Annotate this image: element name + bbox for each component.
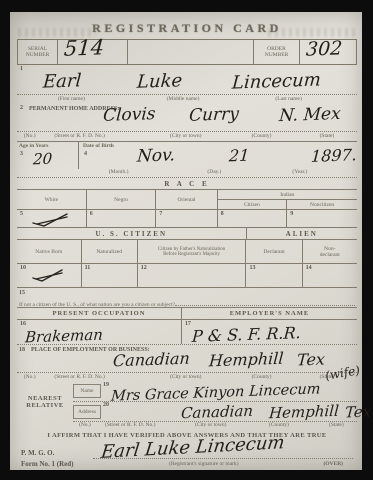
relative-address-city: Canadian	[180, 404, 253, 422]
name-middle: Luke	[136, 72, 182, 92]
citizenship-number-14: 14	[306, 265, 312, 271]
citizenship-number-11: 11	[85, 265, 91, 271]
citizenship-number-13: 13	[249, 265, 255, 271]
native-born-checkmark	[31, 267, 65, 282]
pmgo-text: P. M. G. O.	[21, 448, 74, 459]
race-negro-label: Negro	[87, 190, 157, 209]
race-header: R A C E	[164, 180, 209, 188]
line-number-16: 16	[20, 321, 26, 327]
serial-number-label: SERIAL NUMBER	[18, 40, 58, 64]
relative-address-label: Address	[73, 405, 101, 419]
relative-state-label: (State)	[329, 422, 344, 428]
line15-answer-line	[175, 298, 355, 306]
relative-name-label: Name	[73, 384, 101, 398]
birth-label: Date of Birth	[83, 143, 114, 149]
relative-no-label: (No.)	[79, 422, 91, 428]
signature-label: (Registrant's signature or mark)	[169, 461, 239, 467]
relative-name-value: Mrs Grace Kinyon Lincecum	[111, 382, 321, 404]
race-number-5: 5	[20, 211, 23, 217]
nearest-relative-label: NEAREST RELATIVE	[17, 382, 73, 422]
employment-county-label: (County)	[252, 374, 272, 380]
native-born-label: Native Born	[17, 240, 82, 263]
alien-header: ALIEN	[247, 228, 358, 239]
race-number-9: 9	[290, 211, 293, 217]
last-name-label: (Last name)	[275, 96, 301, 102]
home-state: N. Mex	[278, 106, 341, 125]
relative-address-labels-row: (No.) (Street or R. F. D. No.) (City or …	[17, 422, 357, 430]
birth-month-label: (Month.)	[109, 169, 129, 175]
middle-name-label: (Middle name)	[167, 96, 200, 102]
employers-name-header: EMPLOYER'S NAME	[182, 308, 357, 319]
home-city: Clovis	[102, 106, 156, 125]
relative-name-row: Name 19 Mrs Grace Kinyon Lincecum	[73, 382, 357, 402]
employment-county: Hemphill	[208, 351, 284, 370]
white-checkmark	[31, 211, 71, 227]
registration-card: REGISTRATION CARD SERIAL NUMBER 514 ORDE…	[10, 12, 362, 470]
employment-city-label: (City or town)	[170, 374, 201, 380]
order-number-value: 302	[305, 39, 343, 59]
home-county: Curry	[188, 106, 239, 125]
race-oriental-label: Oriental	[156, 190, 217, 209]
citizenship-numbers-row: 10 11 12 13 14	[17, 263, 357, 287]
birth-cell: Date of Birth 4 Nov. 21 1897.	[79, 142, 357, 169]
race-indian-noncitizen-label: Noncitizen	[287, 200, 357, 209]
scanned-registration-card: REGISTRATION CARD SERIAL NUMBER 514 ORDE…	[0, 0, 373, 480]
employment-state-label: (State)	[320, 374, 335, 380]
name-row: 1 Earl Luke Lincecum	[17, 65, 357, 95]
employer-cell: 17 P & S. F. R.R.	[182, 320, 357, 344]
home-county-label: (County)	[252, 133, 272, 139]
name-last: Lincecum	[231, 71, 321, 92]
home-city-label: (City or town)	[170, 133, 201, 139]
birth-year-label: (Year.)	[292, 169, 307, 175]
age-value: 20	[32, 152, 52, 168]
serial-number-value: 514	[63, 37, 105, 59]
relative-city-label: (City or town)	[195, 422, 226, 428]
home-state-label: (State)	[320, 133, 335, 139]
occupation-employer-band: PRESENT OCCUPATION EMPLOYER'S NAME	[17, 307, 357, 319]
order-number-label: ORDER NUMBER	[254, 40, 300, 64]
citizenship-number-10: 10	[20, 265, 26, 271]
birth-month: Nov.	[136, 147, 175, 165]
line-number-1: 1	[20, 66, 23, 72]
serial-number-cell: 514	[58, 40, 128, 64]
first-name-label: (First name)	[58, 96, 85, 102]
race-number-7: 7	[159, 211, 162, 217]
age-birth-row: Age in Years 3 20 Date of Birth 4 Nov. 2…	[17, 141, 357, 169]
relative-county-label: (County)	[269, 422, 289, 428]
over-label: (OVER)	[323, 461, 343, 467]
father-naturalization-cell: 12	[138, 264, 247, 287]
name-first: Earl	[42, 72, 81, 91]
nearest-relative-block: NEAREST RELATIVE Name 19 Mrs Grace Kinyo…	[17, 382, 357, 422]
serial-order-spacer	[128, 40, 254, 64]
non-declarant-label: Non- declarant	[303, 240, 357, 263]
citizenship-labels-row: Native Born Naturalized Citizen by Fathe…	[17, 239, 357, 263]
occupation-cell: 16 Brakeman	[17, 320, 182, 344]
birth-labels-row: (Month.) (Day.) (Year.)	[17, 169, 357, 178]
card-title: REGISTRATION CARD	[17, 21, 357, 36]
serial-order-row: SERIAL NUMBER 514 ORDER NUMBER 302	[17, 39, 357, 65]
birth-day: 21	[228, 148, 249, 165]
naturalized-label: Naturalized	[82, 240, 138, 263]
race-oriental-cell: 7	[156, 210, 217, 227]
line-number-20: 20	[103, 402, 109, 408]
line-number-17: 17	[185, 321, 191, 327]
home-address-row: 2 PERMANENT HOME ADDRESS: Clovis Curry N…	[17, 104, 357, 132]
line-number-4: 4	[84, 151, 87, 157]
home-address-labels-row: (No.) (Street or R. F. D. No.) (City or …	[17, 132, 357, 141]
employment-state: Tex	[296, 351, 325, 368]
name-labels-row: (First name) (Middle name) (Last name)	[17, 95, 357, 104]
non-declarant-cell: 14	[303, 264, 357, 287]
line15-row: 15 If not a citizen of the U. S., of wha…	[17, 287, 357, 307]
employment-street-label: (Street or R. F. D. No.)	[54, 374, 104, 380]
birth-day-label: (Day.)	[207, 169, 221, 175]
race-indian-noncitizen-cell: 9	[287, 210, 357, 227]
relative-address-row: Address 20 Canadian Hemphill Tex	[73, 402, 357, 422]
race-white-label: White	[17, 190, 87, 209]
line-number-15: 15	[19, 290, 25, 296]
line-number-18: 18	[19, 347, 25, 353]
father-naturalization-label: Citizen by Father's Naturalization Befor…	[138, 240, 247, 263]
age-label: Age in Years	[19, 143, 48, 149]
line-number-3: 3	[20, 151, 23, 157]
order-number-cell: 302	[300, 40, 356, 64]
declarant-cell: 13	[246, 264, 302, 287]
native-born-cell: 10	[17, 264, 82, 287]
race-indian-citizen-label: Citizen	[218, 200, 288, 209]
race-number-6: 6	[90, 211, 93, 217]
declarant-label: Declarant	[246, 240, 302, 263]
birth-year: 1897.	[310, 147, 357, 165]
form-number-text: Form No. 1 (Red)	[21, 459, 74, 470]
relative-address-state: Tex	[344, 405, 371, 421]
race-indian-citizen-cell: 8	[218, 210, 288, 227]
relative-address-county: Hemphill	[268, 404, 339, 421]
employment-row: 18 PLACE OF EMPLOYMENT OR BUSINESS: Cana…	[17, 345, 357, 373]
race-labels-row: White Negro Oriental Indian Citizen Nonc…	[17, 189, 357, 209]
employment-labels-row: (No.) (Street or R. F. D. No.) (City or …	[17, 373, 357, 382]
race-numbers-row: 5 6 7 8 9	[17, 209, 357, 227]
occupation-value: Brakeman	[24, 328, 103, 346]
race-indian-group: Indian Citizen Noncitizen	[218, 190, 357, 209]
race-negro-cell: 6	[87, 210, 157, 227]
line-number-19: 19	[103, 382, 109, 388]
present-occupation-header: PRESENT OCCUPATION	[17, 308, 182, 319]
relative-street-label: (Street or R. F. D. No.)	[105, 422, 155, 428]
employment-no-label: (No.)	[24, 374, 36, 380]
signature-row: P. M. G. O. Form No. 1 (Red) Earl Luke L…	[17, 441, 357, 475]
race-indian-label: Indian	[218, 190, 357, 200]
citizenship-number-12: 12	[141, 265, 147, 271]
line-number-2: 2	[20, 105, 23, 111]
race-number-8: 8	[221, 211, 224, 217]
age-cell: Age in Years 3 20	[17, 142, 79, 169]
naturalized-cell: 11	[82, 264, 138, 287]
us-citizen-header: U. S. CITIZEN	[17, 228, 247, 239]
race-header-row: R A C E	[17, 178, 357, 189]
occupation-employer-row: 16 Brakeman 17 P & S. F. R.R.	[17, 319, 357, 345]
employment-city: Canadian	[112, 351, 190, 370]
citizen-alien-band: U. S. CITIZEN ALIEN	[17, 227, 357, 239]
race-white-cell: 5	[17, 210, 87, 227]
employer-value: P & S. F. R.R.	[191, 325, 301, 345]
home-street-label: (Street or R. F. D. No.)	[54, 133, 104, 139]
form-footer: P. M. G. O. Form No. 1 (Red)	[21, 448, 74, 469]
home-no-label: (No.)	[24, 133, 36, 139]
